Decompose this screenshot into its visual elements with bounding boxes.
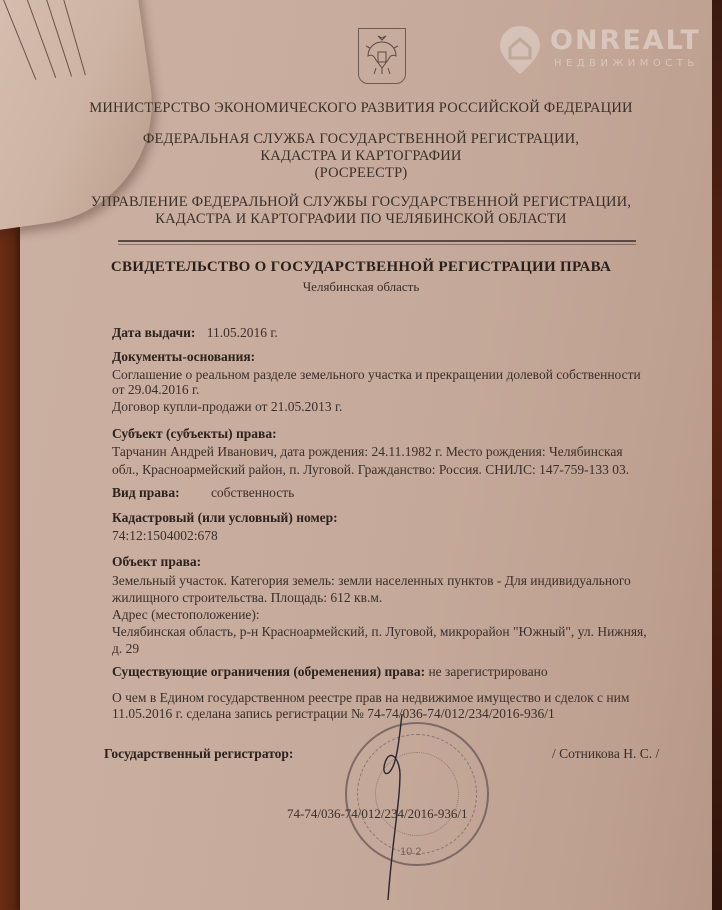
department-name-line1: УПРАВЛЕНИЕ ФЕДЕРАЛЬНОЙ СЛУЖБЫ ГОСУДАРСТВ… — [0, 194, 722, 211]
service-name-line2: КАДАСТРА И КАРТОГРАФИИ — [0, 148, 722, 165]
cadastral-number: 74:12:1504002:678 — [112, 528, 218, 544]
object-label: Объект права: — [112, 554, 201, 570]
right-type-field: Вид права: собственность — [112, 485, 294, 501]
basis-line1: Соглашение о реальном разделе земельного… — [112, 367, 641, 383]
registrar-name: / Сотникова Н. С. / — [552, 746, 659, 762]
basis-line2: от 29.04.2016 г. — [112, 382, 199, 398]
ministry-name: МИНИСТЕРСТВО ЭКОНОМИЧЕСКОГО РАЗВИТИЯ РОС… — [0, 100, 722, 117]
right-type-label: Вид права: — [112, 485, 180, 500]
service-name-line1: ФЕДЕРАЛЬНАЯ СЛУЖБА ГОСУДАРСТВЕННОЙ РЕГИС… — [0, 131, 722, 148]
cadastral-label: Кадастровый (или условный) номер: — [112, 510, 338, 526]
subject-label: Субъект (субъекты) права: — [112, 426, 277, 442]
right-type-value: собственность — [211, 485, 294, 500]
watermark-subtitle: НЕДВИЖИМОСТЬ — [554, 58, 699, 69]
basis-line3: Договор купли-продажи от 21.05.2013 г. — [112, 399, 342, 415]
basis-label: Документы-основания: — [112, 349, 255, 365]
service-name-line3: (РОСРЕЕСТР) — [0, 165, 722, 182]
subject-line1: Тарчанин Андрей Иванович, дата рождения:… — [112, 444, 623, 460]
subject-line2: обл., Красноармейский район, п. Луговой.… — [112, 462, 629, 478]
issue-date-label: Дата выдачи: — [112, 325, 195, 340]
address-line2: д. 29 — [112, 641, 139, 657]
address-line1: Челябинская область, р-н Красноармейский… — [112, 624, 647, 640]
address-label: Адрес (местоположение): — [112, 607, 260, 623]
restrictions-label: Существующие ограничения (обременения) п… — [112, 664, 425, 679]
registrar-label: Государственный регистратор: — [104, 746, 293, 762]
object-line2: жилищного строительства. Площадь: 612 кв… — [112, 590, 382, 606]
restrictions-value: не зарегистрировано — [428, 664, 547, 679]
object-line1: Земельный участок. Категория земель: зем… — [112, 573, 631, 589]
header-divider-thin — [118, 244, 636, 245]
certificate-title: СВИДЕТЕЛЬСТВО О ГОСУДАРСТВЕННОЙ РЕГИСТРА… — [0, 259, 722, 276]
certificate-document: ONREALT НЕДВИЖИМОСТЬ МИНИСТЕРСТВО ЭКОНОМ… — [0, 0, 722, 910]
home-pin-icon — [498, 24, 542, 76]
department-name-line2: КАДАСТРА И КАРТОГРАФИИ ПО ЧЕЛЯБИНСКОЙ ОБ… — [0, 211, 722, 228]
russian-coat-of-arms-icon — [358, 28, 406, 84]
header-divider — [118, 240, 636, 242]
record-line1: О чем в Едином государственном реестре п… — [112, 690, 629, 706]
record-line2: 11.05.2016 г. сделана запись регистрации… — [112, 706, 555, 722]
watermark-brand: ONREALT — [550, 25, 701, 56]
signature-icon — [370, 712, 430, 902]
issue-date-value: 11.05.2016 г. — [207, 325, 278, 340]
issue-date-field: Дата выдачи: 11.05.2016 г. — [112, 325, 278, 341]
certificate-region: Челябинская область — [0, 279, 722, 295]
restrictions-field: Существующие ограничения (обременения) п… — [112, 664, 548, 680]
